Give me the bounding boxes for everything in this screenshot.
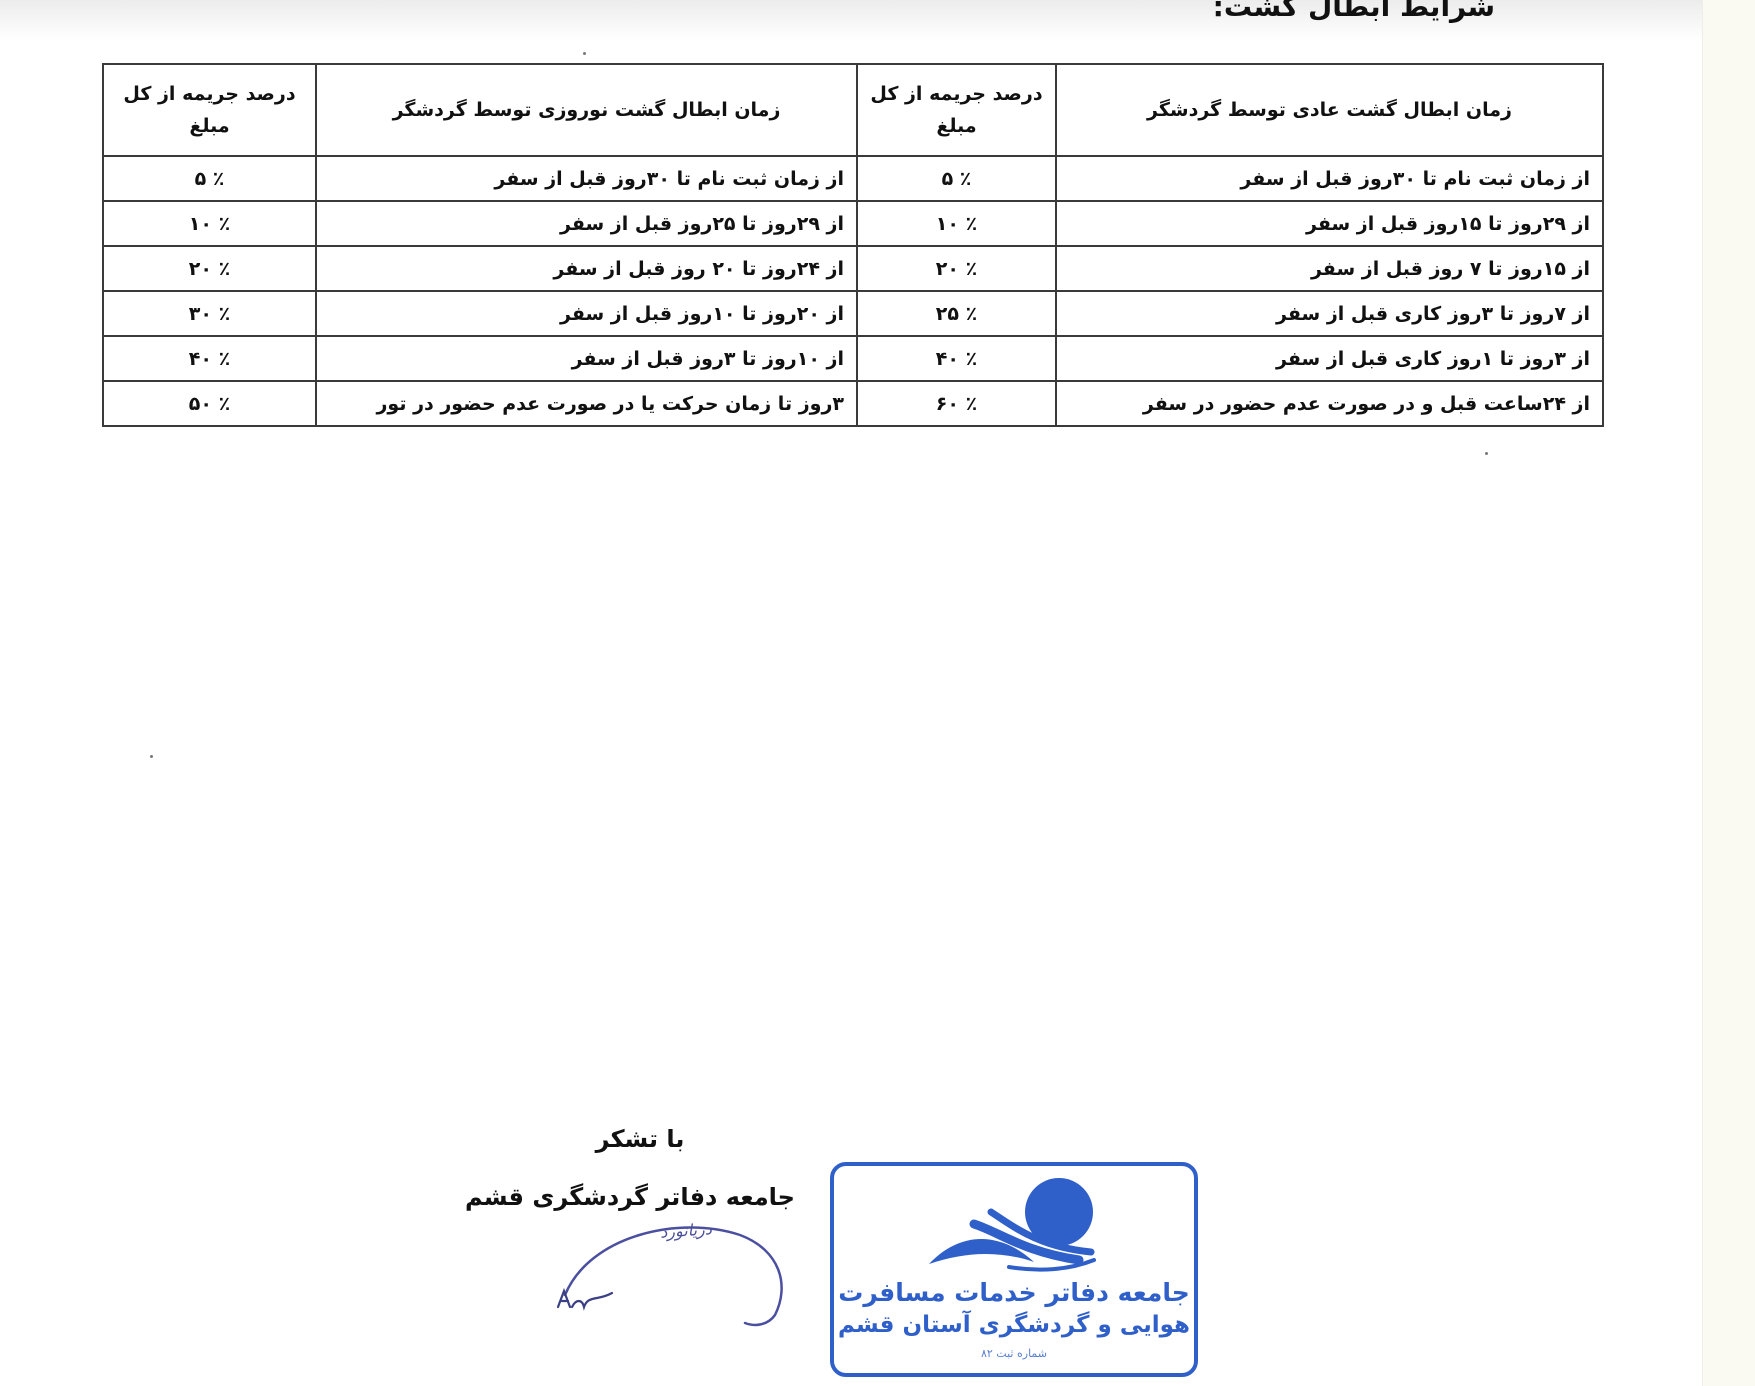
signature-name: دریانورد [659,1219,712,1242]
table-row: از ۲۹روز تا ۱۵روز قبل از سفر ٪ ۱۰ از ۲۹ر… [103,201,1603,246]
nowruz-time-cell: از ۲۰روز تا ۱۰روز قبل از سفر [316,291,857,336]
table-row: از زمان ثبت نام تا ۳۰روز قبل از سفر ٪ ۵ … [103,156,1603,201]
table-row: از ۲۴ساعت قبل و در صورت عدم حضور در سفر … [103,381,1603,426]
closing-thanks: با تشکر [440,1110,820,1168]
nowruz-penalty-cell: ٪ ۱۰ [103,201,316,246]
header-normal-time: زمان ابطال گشت عادی توسط گردشگر [1056,64,1603,156]
closing-block: با تشکر جامعه دفاتر گردشگری قشم [440,1110,820,1226]
scan-speck [150,755,153,758]
nowruz-penalty-cell: ٪ ۴۰ [103,336,316,381]
header-normal-penalty: درصد جریمه از کل مبلغ [857,64,1056,156]
normal-penalty-cell: ٪ ۶۰ [857,381,1056,426]
normal-penalty-cell: ٪ ۲۰ [857,246,1056,291]
nowruz-time-cell: از ۲۴روز تا ۲۰ روز قبل از سفر [316,246,857,291]
wave-globe-logo-icon [919,1172,1119,1282]
nowruz-time-cell: از زمان ثبت نام تا ۳۰روز قبل از سفر [316,156,857,201]
nowruz-penalty-cell: ٪ ۵۰ [103,381,316,426]
stamp-registration: شماره ثبت ۸۲ [834,1347,1194,1360]
header-nowruz-penalty: درصد جریمه از کل مبلغ [103,64,316,156]
normal-time-cell: از ۳روز تا ۱روز کاری قبل از سفر [1056,336,1603,381]
normal-time-cell: از زمان ثبت نام تا ۳۰روز قبل از سفر [1056,156,1603,201]
nowruz-time-cell: از ۱۰روز تا ۳روز قبل از سفر [316,336,857,381]
normal-penalty-cell: ٪ ۴۰ [857,336,1056,381]
cancellation-policy-table: زمان ابطال گشت عادی توسط گردشگر درصد جری… [102,63,1604,427]
scan-speck [583,52,586,55]
stamp-line-1: جامعه دفاتر خدمات مسافرت [834,1278,1194,1307]
table-row: از ۳روز تا ۱روز کاری قبل از سفر ٪ ۴۰ از … [103,336,1603,381]
normal-penalty-cell: ٪ ۵ [857,156,1056,201]
nowruz-penalty-cell: ٪ ۳۰ [103,291,316,336]
normal-time-cell: از ۱۵روز تا ۷ روز قبل از سفر [1056,246,1603,291]
nowruz-penalty-cell: ٪ ۵ [103,156,316,201]
official-stamp: جامعه دفاتر خدمات مسافرت هوایی و گردشگری… [830,1162,1198,1377]
nowruz-time-cell: ۳روز تا زمان حرکت یا در صورت عدم حضور در… [316,381,857,426]
table-row: از ۷روز تا ۳روز کاری قبل از سفر ٪ ۲۵ از … [103,291,1603,336]
scan-speck [1485,452,1488,455]
nowruz-time-cell: از ۲۹روز تا ۲۵روز قبل از سفر [316,201,857,246]
normal-time-cell: از ۲۹روز تا ۱۵روز قبل از سفر [1056,201,1603,246]
table-row: از ۱۵روز تا ۷ روز قبل از سفر ٪ ۲۰ از ۲۴ر… [103,246,1603,291]
normal-time-cell: از ۲۴ساعت قبل و در صورت عدم حضور در سفر [1056,381,1603,426]
scan-right-edge [1702,0,1755,1386]
normal-penalty-cell: ٪ ۲۵ [857,291,1056,336]
stamp-line-2: هوایی و گردشگری آستان قشم [834,1312,1194,1338]
table-header-row: زمان ابطال گشت عادی توسط گردشگر درصد جری… [103,64,1603,156]
normal-penalty-cell: ٪ ۱۰ [857,201,1056,246]
normal-time-cell: از ۷روز تا ۳روز کاری قبل از سفر [1056,291,1603,336]
page-title: شرایط ابطال گشت: [1250,0,1495,23]
nowruz-penalty-cell: ٪ ۲۰ [103,246,316,291]
header-nowruz-time: زمان ابطال گشت نوروزی توسط گردشگر [316,64,857,156]
handwritten-signature: دریانورد [550,1215,800,1335]
